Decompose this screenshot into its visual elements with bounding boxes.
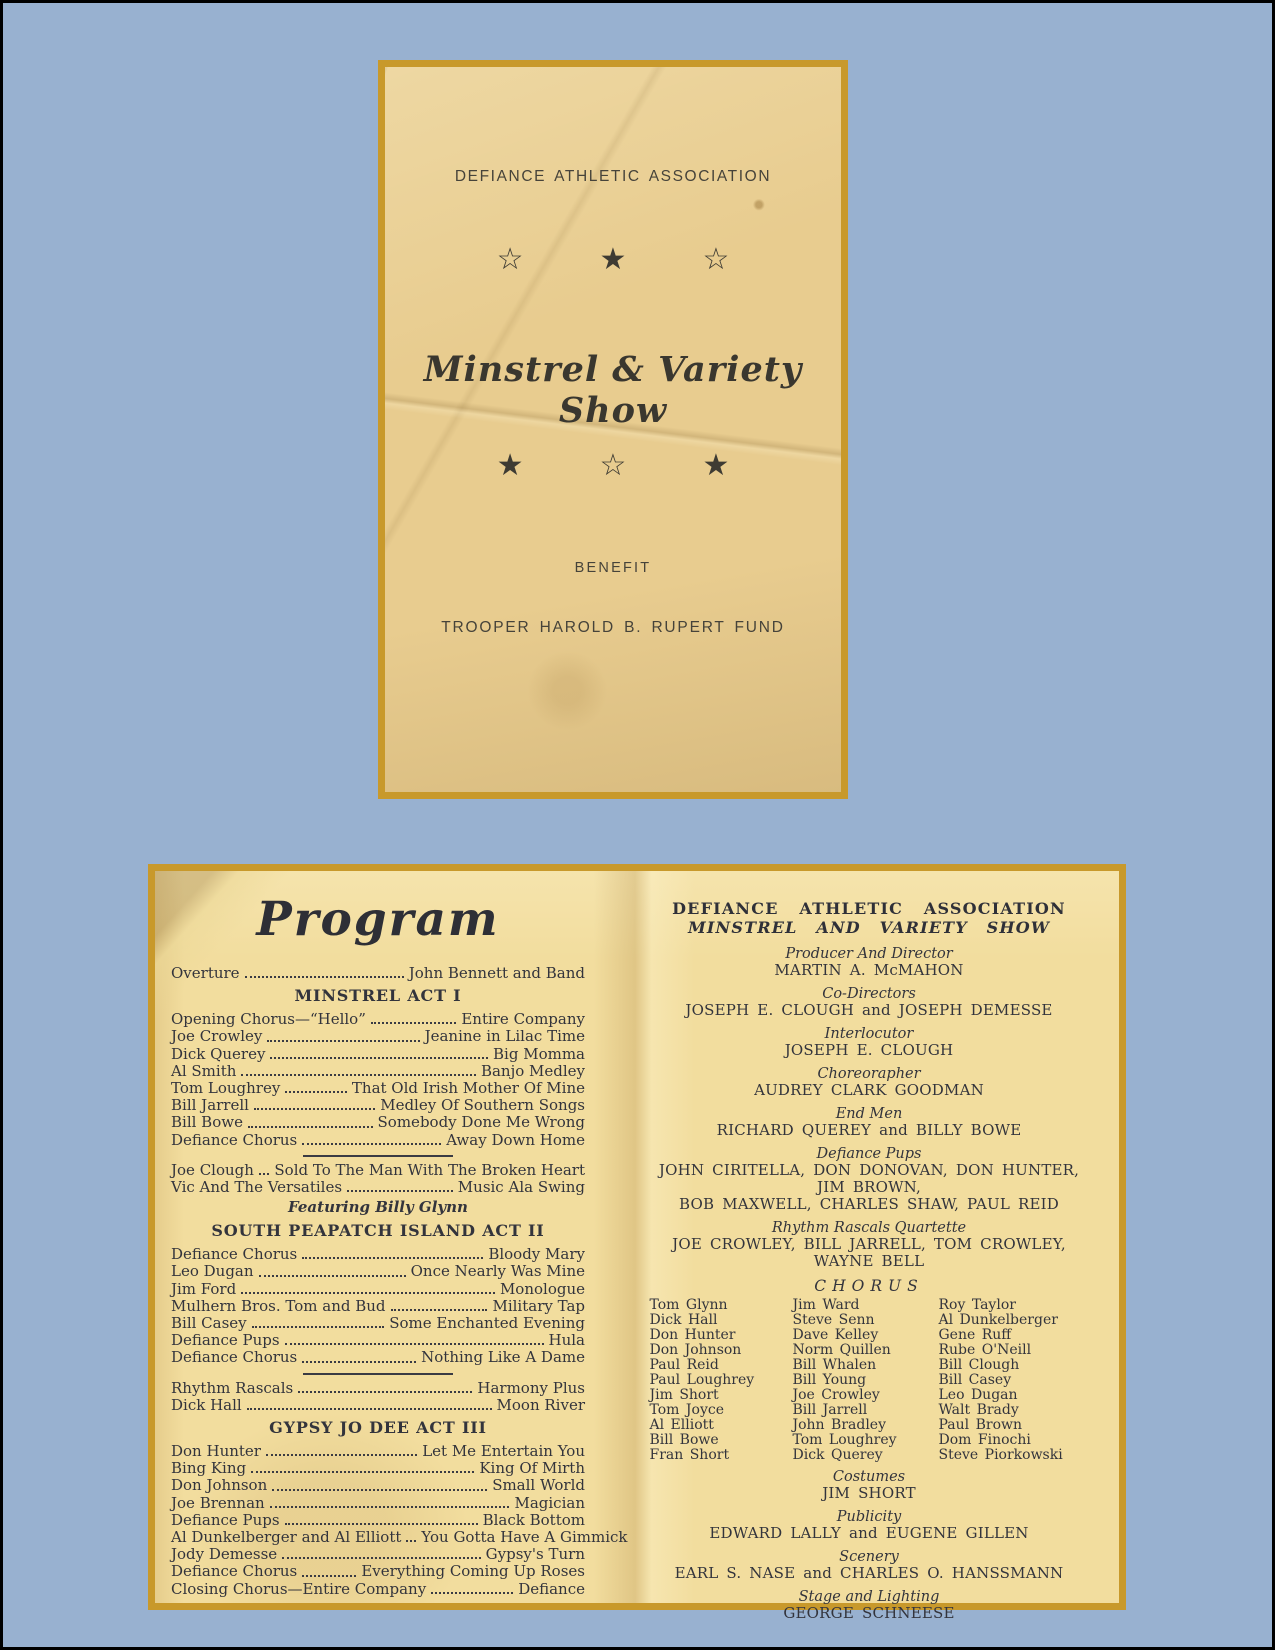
chorus-member: Paul Reid bbox=[650, 1358, 793, 1373]
dotted-leader bbox=[254, 1108, 375, 1110]
dotted-leader bbox=[259, 1173, 269, 1175]
piece-title: Magician bbox=[514, 1495, 585, 1512]
piece-title: Some Enchanted Evening bbox=[389, 1315, 585, 1332]
performer-name: Mulhern Bros. Tom and Bud bbox=[171, 1298, 386, 1315]
role-block: Rhythm Rascals QuartetteJOE CROWLEY, BIL… bbox=[643, 1220, 1095, 1270]
role-block: CostumesJIM SHORT bbox=[643, 1469, 1095, 1502]
dotted-leader bbox=[406, 1540, 416, 1542]
program-row: Vic And The VersatilesMusic Ala Swing bbox=[171, 1179, 585, 1196]
performer-name: Bill Bowe bbox=[171, 1114, 243, 1131]
program-row: Defiance ChorusNothing Like A Dame bbox=[171, 1349, 585, 1366]
performer-name: Leo Dugan bbox=[171, 1263, 254, 1280]
dotted-leader bbox=[272, 1489, 487, 1491]
program-row: Bill BoweSomebody Done Me Wrong bbox=[171, 1114, 585, 1131]
program-row: Mulhern Bros. Tom and BudMilitary Tap bbox=[171, 1298, 585, 1315]
performer-name: Don Hunter bbox=[171, 1443, 261, 1460]
dotted-leader bbox=[371, 1022, 456, 1024]
star-filled-icon: ★ bbox=[497, 451, 524, 481]
benefit-label: BENEFIT bbox=[385, 560, 841, 576]
chorus-member: Jim Ward bbox=[793, 1298, 939, 1313]
benefit-fund-name: TROOPER HAROLD B. RUPERT FUND bbox=[385, 619, 841, 637]
role-people-line: AUDREY CLARK GOODMAN bbox=[643, 1082, 1095, 1099]
role-title: End Men bbox=[643, 1106, 1095, 1122]
program-heading: Program bbox=[171, 889, 585, 951]
dotted-leader bbox=[285, 1343, 544, 1345]
dotted-leader bbox=[267, 1040, 419, 1042]
role-block: Stage and LightingGEORGE SCHNEESE bbox=[643, 1589, 1095, 1622]
dotted-leader bbox=[282, 1557, 481, 1559]
chorus-member: Bill Whalen bbox=[793, 1358, 939, 1373]
program-inside-spread: Program Overture John Bennett and Band M… bbox=[148, 864, 1126, 1610]
dotted-leader bbox=[285, 1091, 347, 1093]
program-row: Dick HallMoon River bbox=[171, 1397, 585, 1414]
star-filled-icon: ★ bbox=[702, 451, 729, 481]
chorus-member: Jim Short bbox=[650, 1388, 793, 1403]
act-heading: SOUTH PEAPATCH ISLAND ACT II bbox=[171, 1221, 585, 1241]
role-people-line: JOHN CIRITELLA, DON DONOVAN, DON HUNTER,… bbox=[643, 1162, 1095, 1196]
role-title: Publicity bbox=[643, 1509, 1095, 1525]
piece-title: Once Nearly Was Mine bbox=[411, 1263, 585, 1280]
piece-title: Harmony Plus bbox=[477, 1380, 585, 1397]
piece-title: Entire Company bbox=[461, 1011, 585, 1028]
piece-title: Nothing Like A Dame bbox=[421, 1349, 585, 1366]
performer-name: Closing Chorus—Entire Company bbox=[171, 1581, 426, 1598]
program-row: Al SmithBanjo Medley bbox=[171, 1063, 585, 1080]
dotted-leader bbox=[251, 1471, 474, 1473]
dotted-leader bbox=[241, 1074, 476, 1076]
dotted-leader bbox=[285, 1523, 478, 1525]
chorus-column: Tom GlynnDick HallDon HunterDon JohnsonP… bbox=[650, 1298, 793, 1463]
program-row: Joe CrowleyJeanine in Lilac Time bbox=[171, 1028, 585, 1045]
piece-title: Small World bbox=[492, 1477, 585, 1494]
chorus-member: Joe Crowley bbox=[793, 1388, 939, 1403]
piece-title: John Bennett and Band bbox=[409, 965, 585, 982]
performer-name: Bing King bbox=[171, 1460, 246, 1477]
program-row: Defiance PupsBlack Bottom bbox=[171, 1512, 585, 1529]
performer-name: Defiance Pups bbox=[171, 1332, 280, 1349]
piece-title: Military Tap bbox=[492, 1298, 585, 1315]
performer-name: Defiance Chorus bbox=[171, 1349, 297, 1366]
program-row: Defiance ChorusEverything Coming Up Rose… bbox=[171, 1563, 585, 1580]
program-row: Al Dunkelberger and Al ElliottYou Gotta … bbox=[171, 1529, 585, 1546]
chorus-member: Bill Clough bbox=[939, 1358, 1089, 1373]
role-block: Co-DirectorsJOSEPH E. CLOUGH and JOSEPH … bbox=[643, 986, 1095, 1019]
piece-title: Gypsy's Turn bbox=[486, 1546, 585, 1563]
dotted-leader bbox=[302, 1143, 441, 1145]
role-block: Defiance PupsJOHN CIRITELLA, DON DONOVAN… bbox=[643, 1146, 1095, 1213]
role-block: Producer And DirectorMARTIN A. McMAHON bbox=[643, 946, 1095, 979]
dotted-leader bbox=[259, 1275, 406, 1277]
chorus-column: Jim WardSteve SennDave KelleyNorm Quille… bbox=[793, 1298, 939, 1463]
dotted-leader bbox=[302, 1361, 416, 1363]
dotted-leader bbox=[391, 1309, 488, 1311]
piece-title: King Of Mirth bbox=[479, 1460, 585, 1477]
chorus-member: John Bradley bbox=[793, 1418, 939, 1433]
role-title: Defiance Pups bbox=[643, 1146, 1095, 1162]
performer-name: Bill Casey bbox=[171, 1315, 247, 1332]
piece-title: Monologue bbox=[500, 1281, 585, 1298]
program-row: Closing Chorus—Entire CompanyDefiance bbox=[171, 1581, 585, 1598]
featuring-note: Featuring Billy Glynn bbox=[171, 1198, 585, 1217]
overture-row: Overture John Bennett and Band bbox=[171, 965, 585, 982]
chorus-member: Tom Loughrey bbox=[793, 1433, 939, 1448]
program-listing-page: Program Overture John Bennett and Band M… bbox=[171, 889, 585, 1598]
program-row: Defiance ChorusBloody Mary bbox=[171, 1246, 585, 1263]
role-title: Scenery bbox=[643, 1549, 1095, 1565]
performer-name: Al Smith bbox=[171, 1063, 236, 1080]
act-heading: MINSTREL ACT I bbox=[171, 986, 585, 1006]
chorus-member: Roy Taylor bbox=[939, 1298, 1089, 1313]
program-row: Jody DemesseGypsy's Turn bbox=[171, 1546, 585, 1563]
role-people-line: JOSEPH E. CLOUGH and JOSEPH DEMESSE bbox=[643, 1002, 1095, 1019]
chorus-member: Al Elliott bbox=[650, 1418, 793, 1433]
production-roles: Producer And DirectorMARTIN A. McMAHONCo… bbox=[643, 946, 1095, 1270]
program-row: Tom LoughreyThat Old Irish Mother Of Min… bbox=[171, 1080, 585, 1097]
piece-title: Jeanine in Lilac Time bbox=[425, 1028, 585, 1045]
role-people-line: JOSEPH E. CLOUGH bbox=[643, 1042, 1095, 1059]
role-people-line: GEORGE SCHNEESE bbox=[643, 1605, 1095, 1622]
piece-title: Black Bottom bbox=[483, 1512, 585, 1529]
chorus-member: Don Johnson bbox=[650, 1343, 793, 1358]
credits-page: DEFIANCE ATHLETIC ASSOCIATION MINSTREL A… bbox=[643, 899, 1095, 1629]
piece-title: Let Me Entertain You bbox=[422, 1443, 585, 1460]
star-outline-icon: ☆ bbox=[497, 245, 524, 275]
performer-name: Joe Crowley bbox=[171, 1028, 262, 1045]
dotted-leader bbox=[245, 976, 404, 978]
piece-title: Music Ala Swing bbox=[458, 1179, 585, 1196]
role-people-line: EDWARD LALLY and EUGENE GILLEN bbox=[643, 1525, 1095, 1542]
role-block: SceneryEARL S. NASE and CHARLES O. HANSS… bbox=[643, 1549, 1095, 1582]
chorus-member: Leo Dugan bbox=[939, 1388, 1089, 1403]
piece-title: Moon River bbox=[497, 1397, 585, 1414]
dotted-leader bbox=[347, 1190, 453, 1192]
performer-name: Joe Clough bbox=[171, 1162, 254, 1179]
chorus-heading: CHORUS bbox=[643, 1277, 1095, 1295]
role-people-line: RICHARD QUEREY and BILLY BOWE bbox=[643, 1122, 1095, 1139]
chorus-member: Tom Joyce bbox=[650, 1403, 793, 1418]
chorus-column: Roy TaylorAl DunkelbergerGene RuffRube O… bbox=[939, 1298, 1089, 1463]
performer-name: Tom Loughrey bbox=[171, 1080, 280, 1097]
performer-name: Jody Demesse bbox=[171, 1546, 277, 1563]
role-title: Producer And Director bbox=[643, 946, 1095, 962]
performer-name: Dick Hall bbox=[171, 1397, 242, 1414]
dotted-leader bbox=[298, 1391, 472, 1393]
performer-name: Defiance Chorus bbox=[171, 1132, 297, 1149]
star-row-bottom: ★☆★ bbox=[385, 451, 841, 481]
chorus-member: Dick Querey bbox=[793, 1448, 939, 1463]
program-row: Bing KingKing Of Mirth bbox=[171, 1460, 585, 1477]
piece-title: Hula bbox=[549, 1332, 585, 1349]
chorus-member: Paul Brown bbox=[939, 1418, 1089, 1433]
chorus-member: Bill Young bbox=[793, 1373, 939, 1388]
performer-name: Dick Querey bbox=[171, 1046, 265, 1063]
dotted-leader bbox=[241, 1292, 495, 1294]
program-row: Bill CaseySome Enchanted Evening bbox=[171, 1315, 585, 1332]
role-block: ChoreorapherAUDREY CLARK GOODMAN bbox=[643, 1066, 1095, 1099]
role-block: InterlocutorJOSEPH E. CLOUGH bbox=[643, 1026, 1095, 1059]
chorus-member: Tom Glynn bbox=[650, 1298, 793, 1313]
program-row: Joe CloughSold To The Man With The Broke… bbox=[171, 1162, 585, 1179]
program-row: Joe BrennanMagician bbox=[171, 1495, 585, 1512]
piece-title: Medley Of Southern Songs bbox=[380, 1097, 585, 1114]
star-outline-icon: ☆ bbox=[600, 451, 627, 481]
star-outline-icon: ☆ bbox=[702, 245, 729, 275]
program-row: Bill JarrellMedley Of Southern Songs bbox=[171, 1097, 585, 1114]
chorus-member: Dick Hall bbox=[650, 1313, 793, 1328]
program-row: Don HunterLet Me Entertain You bbox=[171, 1443, 585, 1460]
chorus-member: Steve Piorkowski bbox=[939, 1448, 1089, 1463]
performer-name: Bill Jarrell bbox=[171, 1097, 249, 1114]
performer-name: Al Dunkelberger and Al Elliott bbox=[171, 1529, 401, 1546]
role-block: End MenRICHARD QUEREY and BILLY BOWE bbox=[643, 1106, 1095, 1139]
group-divider-line bbox=[303, 1155, 453, 1157]
program-row: Jim FordMonologue bbox=[171, 1281, 585, 1298]
chorus-member: Steve Senn bbox=[793, 1313, 939, 1328]
dotted-leader bbox=[302, 1257, 483, 1259]
show-title: Minstrel & Variety Show bbox=[385, 349, 841, 431]
program-row: Defiance PupsHula bbox=[171, 1332, 585, 1349]
piece-title: Sold To The Man With The Broken Heart bbox=[274, 1162, 585, 1179]
performer-name: Defiance Chorus bbox=[171, 1563, 297, 1580]
piece-title: Bloody Mary bbox=[488, 1246, 585, 1263]
piece-title: Everything Coming Up Roses bbox=[361, 1563, 585, 1580]
chorus-member: Bill Jarrell bbox=[793, 1403, 939, 1418]
role-title: Interlocutor bbox=[643, 1026, 1095, 1042]
program-row: Don JohnsonSmall World bbox=[171, 1477, 585, 1494]
piece-title: That Old Irish Mother Of Mine bbox=[352, 1080, 585, 1097]
piece-title: Banjo Medley bbox=[481, 1063, 585, 1080]
association-name: DEFIANCE ATHLETIC ASSOCIATION bbox=[385, 168, 841, 186]
dotted-leader bbox=[270, 1506, 510, 1508]
chorus-member: Rube O'Neill bbox=[939, 1343, 1089, 1358]
performer-name: Rhythm Rascals bbox=[171, 1380, 293, 1397]
program-row: Defiance ChorusAway Down Home bbox=[171, 1132, 585, 1149]
dotted-leader bbox=[266, 1454, 417, 1456]
role-title: Costumes bbox=[643, 1469, 1095, 1485]
chorus-member: Dave Kelley bbox=[793, 1328, 939, 1343]
performer-name: Opening Chorus—“Hello” bbox=[171, 1011, 366, 1028]
role-title: Co-Directors bbox=[643, 986, 1095, 1002]
program-cover-page: DEFIANCE ATHLETIC ASSOCIATION ☆★☆ Minstr… bbox=[378, 60, 848, 799]
dotted-leader bbox=[248, 1126, 373, 1128]
piece-title: You Gotta Have A Gimmick bbox=[421, 1529, 627, 1546]
dotted-leader bbox=[302, 1575, 356, 1577]
performer-name: Joe Brennan bbox=[171, 1495, 265, 1512]
piece-title: Away Down Home bbox=[446, 1132, 585, 1149]
dotted-leader bbox=[252, 1326, 385, 1328]
chorus-member: Norm Quillen bbox=[793, 1343, 939, 1358]
role-block: PublicityEDWARD LALLY and EUGENE GILLEN bbox=[643, 1509, 1095, 1542]
piece-title: Big Momma bbox=[493, 1046, 585, 1063]
performer-name: Defiance Chorus bbox=[171, 1246, 297, 1263]
role-people-line: BOB MAXWELL, CHARLES SHAW, PAUL REID bbox=[643, 1196, 1095, 1213]
performer-name: Vic And The Versatiles bbox=[171, 1179, 342, 1196]
program-row: Opening Chorus—“Hello”Entire Company bbox=[171, 1011, 585, 1028]
piece-title: Somebody Done Me Wrong bbox=[378, 1114, 585, 1131]
chorus-member: Walt Brady bbox=[939, 1403, 1089, 1418]
credits-title-line1: DEFIANCE ATHLETIC ASSOCIATION bbox=[643, 899, 1095, 918]
chorus-member: Al Dunkelberger bbox=[939, 1313, 1089, 1328]
program-row: Leo DuganOnce Nearly Was Mine bbox=[171, 1263, 585, 1280]
performer-name: Jim Ford bbox=[171, 1281, 236, 1298]
dotted-leader bbox=[247, 1408, 492, 1410]
chorus-member: Paul Loughrey bbox=[650, 1373, 793, 1388]
program-row: Dick QuereyBig Momma bbox=[171, 1046, 585, 1063]
credits-title: DEFIANCE ATHLETIC ASSOCIATION MINSTREL A… bbox=[643, 899, 1095, 937]
role-people-line: JIM SHORT bbox=[643, 1485, 1095, 1502]
performer-name: Don Johnson bbox=[171, 1477, 267, 1494]
role-title: Rhythm Rascals Quartette bbox=[643, 1220, 1095, 1236]
star-filled-icon: ★ bbox=[600, 245, 627, 275]
role-people-line: JOE CROWLEY, BILL JARRELL, TOM CROWLEY, … bbox=[643, 1236, 1095, 1270]
chorus-member: Don Hunter bbox=[650, 1328, 793, 1343]
chorus-columns: Tom GlynnDick HallDon HunterDon JohnsonP… bbox=[643, 1298, 1095, 1463]
role-title: Stage and Lighting bbox=[643, 1589, 1095, 1605]
chorus-member: Bill Casey bbox=[939, 1373, 1089, 1388]
acts-container: MINSTREL ACT IOpening Chorus—“Hello”Enti… bbox=[171, 986, 585, 1598]
role-title: Choreorapher bbox=[643, 1066, 1095, 1082]
group-divider-line bbox=[303, 1373, 453, 1375]
dotted-leader bbox=[431, 1592, 513, 1594]
program-row: Rhythm RascalsHarmony Plus bbox=[171, 1380, 585, 1397]
performer-name: Overture bbox=[171, 965, 240, 982]
role-people-line: EARL S. NASE and CHARLES O. HANSSMANN bbox=[643, 1565, 1095, 1582]
piece-title: Defiance bbox=[518, 1581, 585, 1598]
staff-roles: CostumesJIM SHORTPublicityEDWARD LALLY a… bbox=[643, 1469, 1095, 1622]
dotted-leader bbox=[270, 1057, 488, 1059]
chorus-member: Bill Bowe bbox=[650, 1433, 793, 1448]
star-row-top: ☆★☆ bbox=[385, 245, 841, 275]
role-people-line: MARTIN A. McMAHON bbox=[643, 962, 1095, 979]
scanned-program-screenshot: DEFIANCE ATHLETIC ASSOCIATION ☆★☆ Minstr… bbox=[0, 0, 1275, 1650]
chorus-member: Fran Short bbox=[650, 1448, 793, 1463]
chorus-member: Dom Finochi bbox=[939, 1433, 1089, 1448]
performer-name: Defiance Pups bbox=[171, 1512, 280, 1529]
chorus-member: Gene Ruff bbox=[939, 1328, 1089, 1343]
act-heading: GYPSY JO DEE ACT III bbox=[171, 1418, 585, 1438]
credits-title-line2: MINSTREL AND VARIETY SHOW bbox=[643, 918, 1095, 937]
